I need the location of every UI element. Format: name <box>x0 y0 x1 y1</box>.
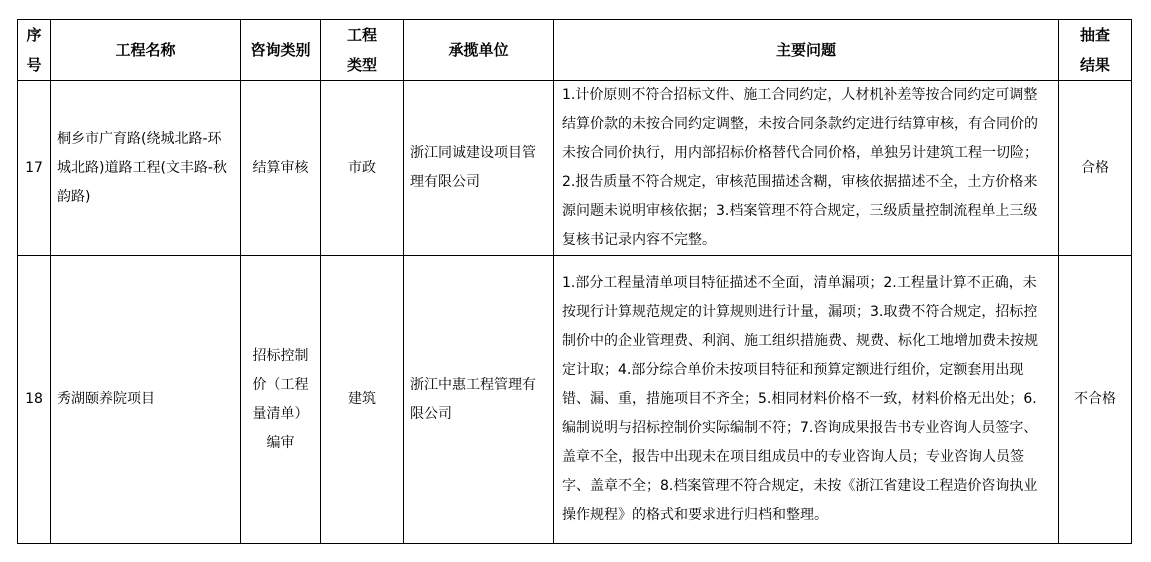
cell-project-type: 市政 <box>321 81 404 256</box>
cell-consult-type: 结算审核 <box>241 81 321 256</box>
table-row: 17 桐乡市广育路(绕城北路-环城北路)道路工程(文丰路-秋韵路) 结算审核 市… <box>18 81 1132 256</box>
header-project-name: 工程名称 <box>51 20 241 81</box>
header-consult-type: 咨询类别 <box>241 20 321 81</box>
cell-seq: 18 <box>18 256 51 544</box>
audit-results-table: 序号 工程名称 咨询类别 工程类型 承揽单位 主要问题 抽查结果 17 桐乡市广… <box>17 19 1132 544</box>
cell-project-type: 建筑 <box>321 256 404 544</box>
header-project-type: 工程类型 <box>321 20 404 81</box>
cell-result-pass: 合格 <box>1059 81 1132 256</box>
cell-contractor: 浙江中惠工程管理有限公司 <box>404 256 554 544</box>
header-row: 序号 工程名称 咨询类别 工程类型 承揽单位 主要问题 抽查结果 <box>18 20 1132 81</box>
cell-consult-type: 招标控制价（工程量清单）编审 <box>241 256 321 544</box>
cell-result-fail: 不合格 <box>1059 256 1132 544</box>
cell-issues: 1.部分工程量清单项目特征描述不全面，清单漏项；2.工程量计算不正确，未按现行计… <box>554 256 1059 544</box>
header-result: 抽查结果 <box>1059 20 1132 81</box>
header-seq: 序号 <box>18 20 51 81</box>
table-row: 18 秀湖颐养院项目 招标控制价（工程量清单）编审 建筑 浙江中惠工程管理有限公… <box>18 256 1132 544</box>
cell-seq: 17 <box>18 81 51 256</box>
header-issues: 主要问题 <box>554 20 1059 81</box>
cell-project-name: 桐乡市广育路(绕城北路-环城北路)道路工程(文丰路-秋韵路) <box>51 81 241 256</box>
cell-issues: 1.计价原则不符合招标文件、施工合同约定，人材机补差等按合同约定可调整结算价款的… <box>554 81 1059 256</box>
cell-contractor: 浙江同诚建设项目管理有限公司 <box>404 81 554 256</box>
header-contractor: 承揽单位 <box>404 20 554 81</box>
cell-project-name: 秀湖颐养院项目 <box>51 256 241 544</box>
